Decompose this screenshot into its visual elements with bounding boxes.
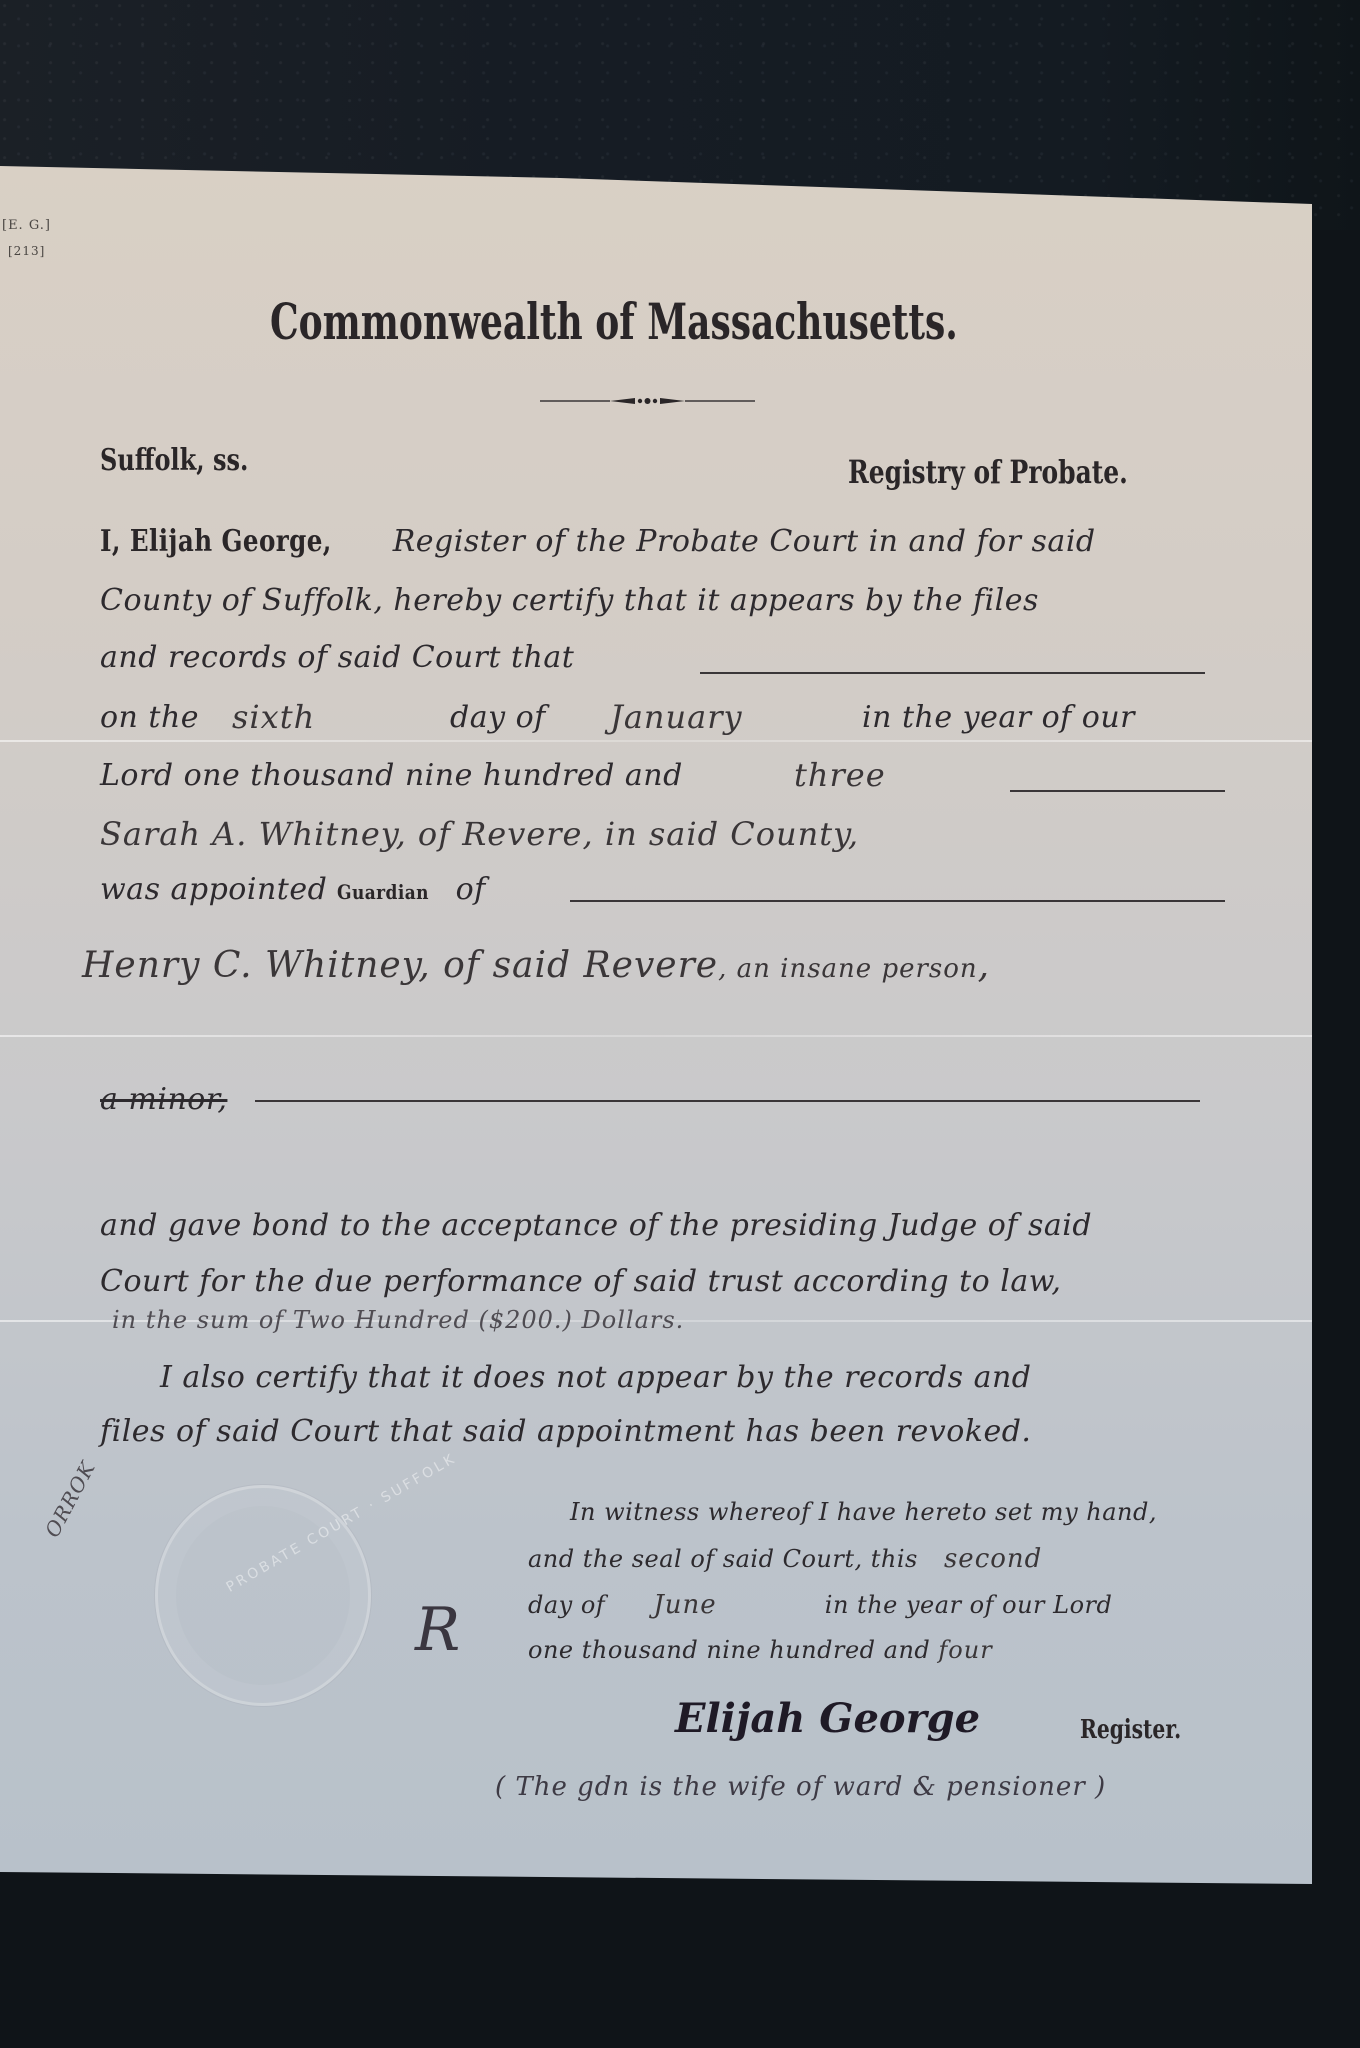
punctuation: , xyxy=(978,945,990,986)
guardian-line: Sarah A. Whitney, of Revere, in said Cou… xyxy=(100,815,859,853)
date-line-suffix: in the year of our xyxy=(862,700,1135,735)
title-ornament-icon xyxy=(540,396,755,406)
fill-rule xyxy=(1010,790,1225,792)
county-header: Suffolk, ss. xyxy=(100,443,248,478)
certificate-line-2: County of Suffolk, hereby certify that i… xyxy=(100,583,1039,618)
struck-option-minor: a minor, xyxy=(100,1082,227,1117)
revocation-line-2: files of said Court that said appointmen… xyxy=(100,1414,1031,1449)
margin-initial: R xyxy=(415,1595,461,1665)
witness-line-2: and the seal of said Court, this second xyxy=(528,1544,1042,1574)
witness-line-1: In witness whereof I have hereto set my … xyxy=(570,1498,1157,1526)
witness-month: June xyxy=(653,1590,716,1620)
bond-line-1: and gave bond to the acceptance of the p… xyxy=(100,1208,1092,1243)
fold-crease xyxy=(0,1035,1312,1037)
form-number: [213] xyxy=(8,244,45,258)
appointment-year: three xyxy=(794,756,886,794)
witness-text: day of xyxy=(528,1591,605,1619)
guardian-town: Revere xyxy=(462,815,582,853)
register-name: I, Elijah George, xyxy=(100,524,332,559)
fold-crease xyxy=(0,740,1312,742)
fill-rule xyxy=(570,900,1225,902)
appointment-of: of xyxy=(456,872,486,907)
witness-text: and the seal of said Court, this xyxy=(528,1545,918,1573)
fill-rule xyxy=(255,1100,1200,1102)
ward-town: Revere xyxy=(584,945,719,986)
guardian-of: , of xyxy=(396,815,451,853)
register-signature: Elijah George xyxy=(675,1695,980,1742)
witness-line-4: one thousand nine hundred and four xyxy=(528,1636,993,1664)
registry-header: Registry of Probate. xyxy=(848,453,1128,491)
witness-line-3: day of June in the year of our Lord xyxy=(528,1590,1112,1620)
appointment-day: sixth xyxy=(232,698,315,736)
ward-status: , an insane person xyxy=(718,954,978,984)
revocation-line-1: I also certify that it does not appear b… xyxy=(160,1360,1031,1395)
bond-line-2: Court for the due performance of said tr… xyxy=(100,1264,1061,1299)
appointment-month: January xyxy=(610,698,743,736)
ward-of: , of said xyxy=(418,945,571,986)
ward-name: Henry C. Whitney xyxy=(82,945,418,986)
fill-rule xyxy=(700,672,1205,674)
certificate-line-1: I, Elijah George, Register of the Probat… xyxy=(100,524,1096,559)
appointment-text: was appointed xyxy=(100,872,327,907)
date-line-day-label: day of xyxy=(450,700,546,735)
guardian-role: Guardian xyxy=(337,880,429,904)
date-line-prefix: on the xyxy=(100,700,199,735)
witness-year: four xyxy=(938,1636,992,1664)
certificate-text: Register of the Probate Court in and for… xyxy=(383,524,1096,559)
certificate-line-3: and records of said Court that xyxy=(100,640,574,675)
punctuation: , xyxy=(848,815,859,853)
guardian-name: Sarah A. Whitney xyxy=(100,815,396,853)
guardian-county: , in said County xyxy=(582,815,847,853)
page-title: Commonwealth of Massachusetts. xyxy=(270,292,958,351)
ward-line: Henry C. Whitney, of said Revere, an ins… xyxy=(82,945,990,986)
initials-mark: [E. G.] xyxy=(2,218,51,233)
witness-day: second xyxy=(944,1544,1042,1574)
bond-amount: in the sum of Two Hundred ($200.) Dollar… xyxy=(112,1306,684,1334)
appointment-line: was appointed Guardian of xyxy=(100,872,486,907)
signature-title: Register. xyxy=(1080,1715,1181,1745)
annotation-note: ( The gdn is the wife of ward & pensione… xyxy=(495,1772,1106,1802)
witness-text: one thousand nine hundred and xyxy=(528,1636,930,1664)
year-line: Lord one thousand nine hundred and xyxy=(100,758,683,793)
witness-text: in the year of our Lord xyxy=(825,1591,1113,1619)
